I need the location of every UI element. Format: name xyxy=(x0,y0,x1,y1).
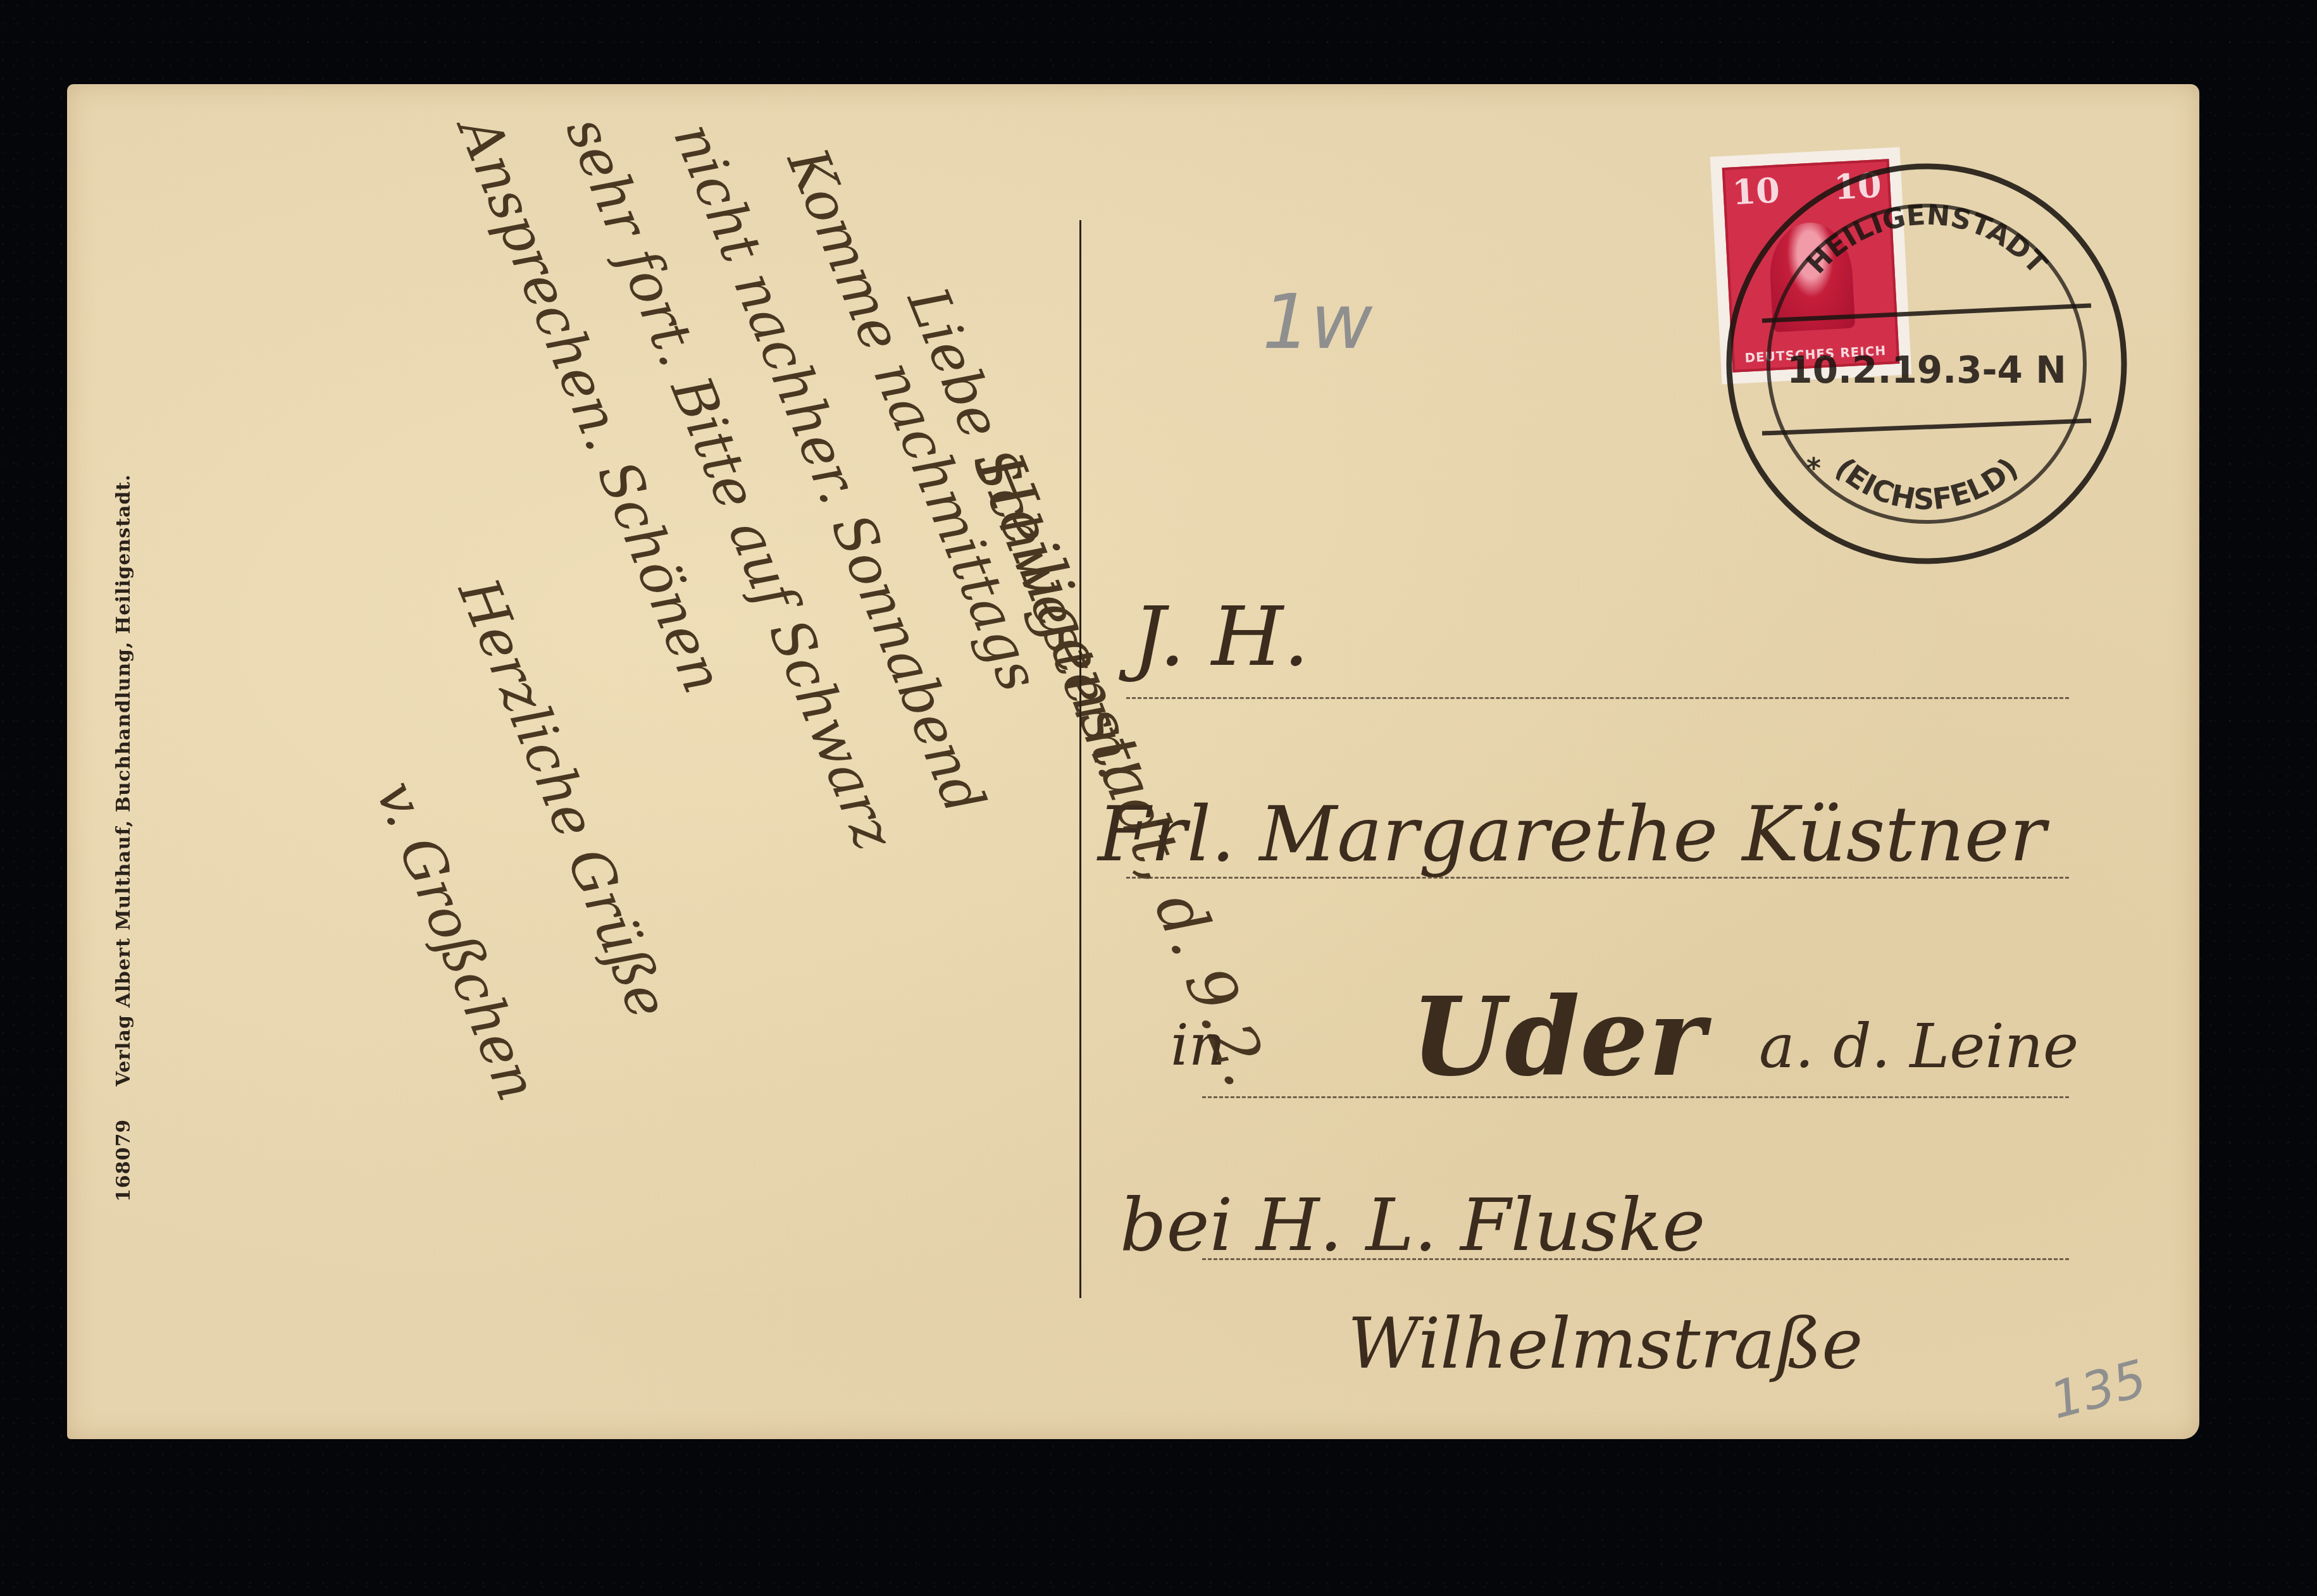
address-dotted-line xyxy=(1126,697,2069,699)
address-line-1: J. H. xyxy=(1133,588,1309,684)
address-city: Uder xyxy=(1411,974,1705,1101)
message-line: v. Großchen xyxy=(364,772,551,1110)
handwritten-message: Heiligenstadt, d. 9.2. Liebe Schwestern!… xyxy=(316,127,1044,1360)
svg-text:HEILIGENSTADT: HEILIGENSTADT xyxy=(1800,199,2053,280)
postmark-city: HEILIGENSTADT xyxy=(1800,199,2053,280)
publisher-imprint: 168079 Verlag Albert Multhauf, Buchhandl… xyxy=(113,474,135,1202)
address-street: Wilhelmstraße xyxy=(1348,1303,1863,1384)
postmark-star: * xyxy=(1806,452,1821,485)
publisher-number: 168079 xyxy=(113,1119,135,1202)
publisher-text: Verlag Albert Multhauf, Buchhandlung, He… xyxy=(113,474,135,1086)
address-care-of: bei H. L. Fluske xyxy=(1120,1183,1705,1268)
address-in: in xyxy=(1171,1012,1226,1079)
card-divider-line xyxy=(1079,220,1081,1298)
address-recipient: Frl. Margarethe Küstner xyxy=(1098,791,2046,879)
postmark-date: 10.2.19.3-4 N xyxy=(1787,349,2066,392)
pencil-note-top: 1w xyxy=(1262,278,1373,366)
address-city-suffix: a. d. Leine xyxy=(1759,1012,2078,1082)
circular-postmark-icon: HEILIGENSTADT 10.2.19.3-4 N (EICHSFELD) … xyxy=(1711,149,2142,579)
